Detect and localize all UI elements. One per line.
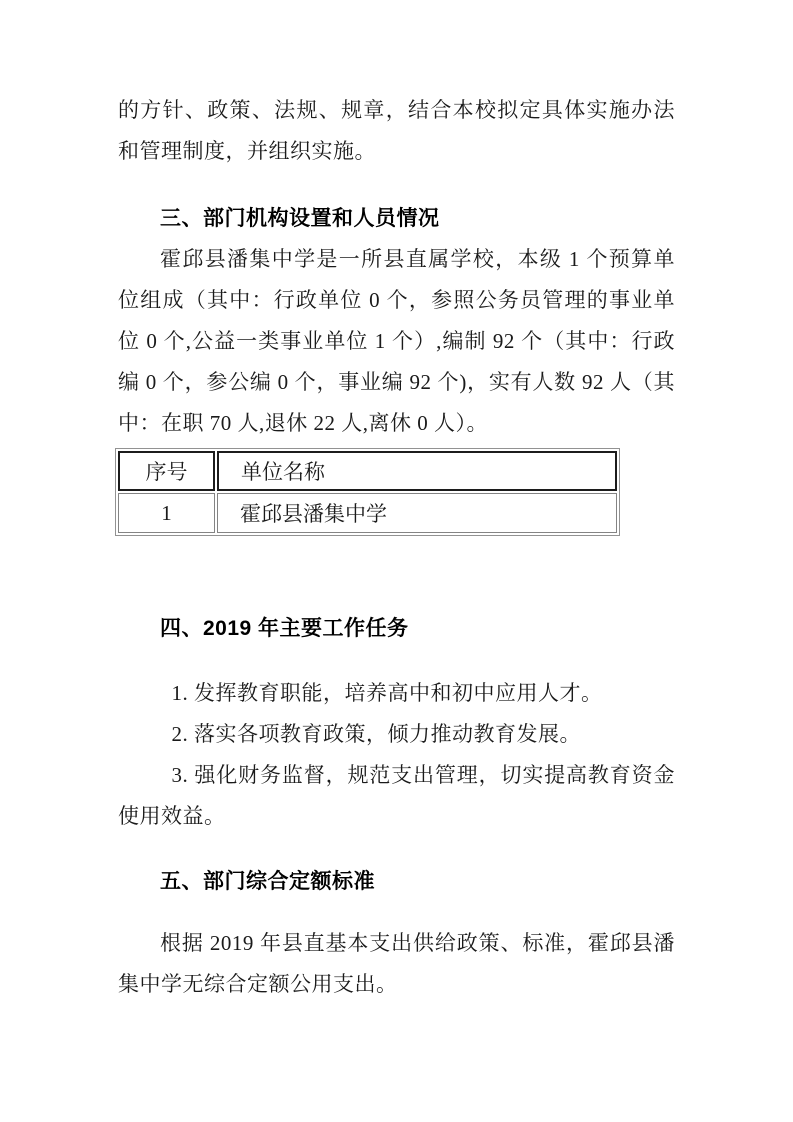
section3-heading: 三、部门机构设置和人员情况 [118,198,675,239]
document-page: 的方针、政策、法规、规章，结合本校拟定具体实施办法和管理制度，并组织实施。 三、… [0,0,793,1122]
intro-paragraph-continuation: 的方针、政策、法规、规章，结合本校拟定具体实施办法和管理制度，并组织实施。 [118,90,675,172]
table-header-unit-name: 单位名称 [217,451,617,491]
section3-paragraph: 霍邱县潘集中学是一所县直属学校，本级 1 个预算单位组成（其中：行政单位 0 个… [118,239,675,444]
section4-heading: 四、2019 年主要工作任务 [118,608,675,649]
budget-units-table: 序号 单位名称 1 霍邱县潘集中学 [115,448,620,536]
table-cell-unit-name: 霍邱县潘集中学 [217,493,617,533]
section5-heading: 五、部门综合定额标准 [118,861,675,902]
task-item-1: 1. 发挥教育职能，培养高中和初中应用人才。 [118,673,675,714]
table-row: 1 霍邱县潘集中学 [118,493,617,533]
section5-paragraph: 根据 2019 年县直基本支出供给政策、标准，霍邱县潘集中学无综合定额公用支出。 [118,923,675,1005]
table-cell-serial-number: 1 [118,493,215,533]
task-item-3: 3. 强化财务监督，规范支出管理，切实提高教育资金使用效益。 [118,755,675,837]
table-header-serial-number: 序号 [118,451,215,491]
task-item-2: 2. 落实各项教育政策，倾力推动教育发展。 [118,714,675,755]
table-header-row: 序号 单位名称 [118,451,617,491]
